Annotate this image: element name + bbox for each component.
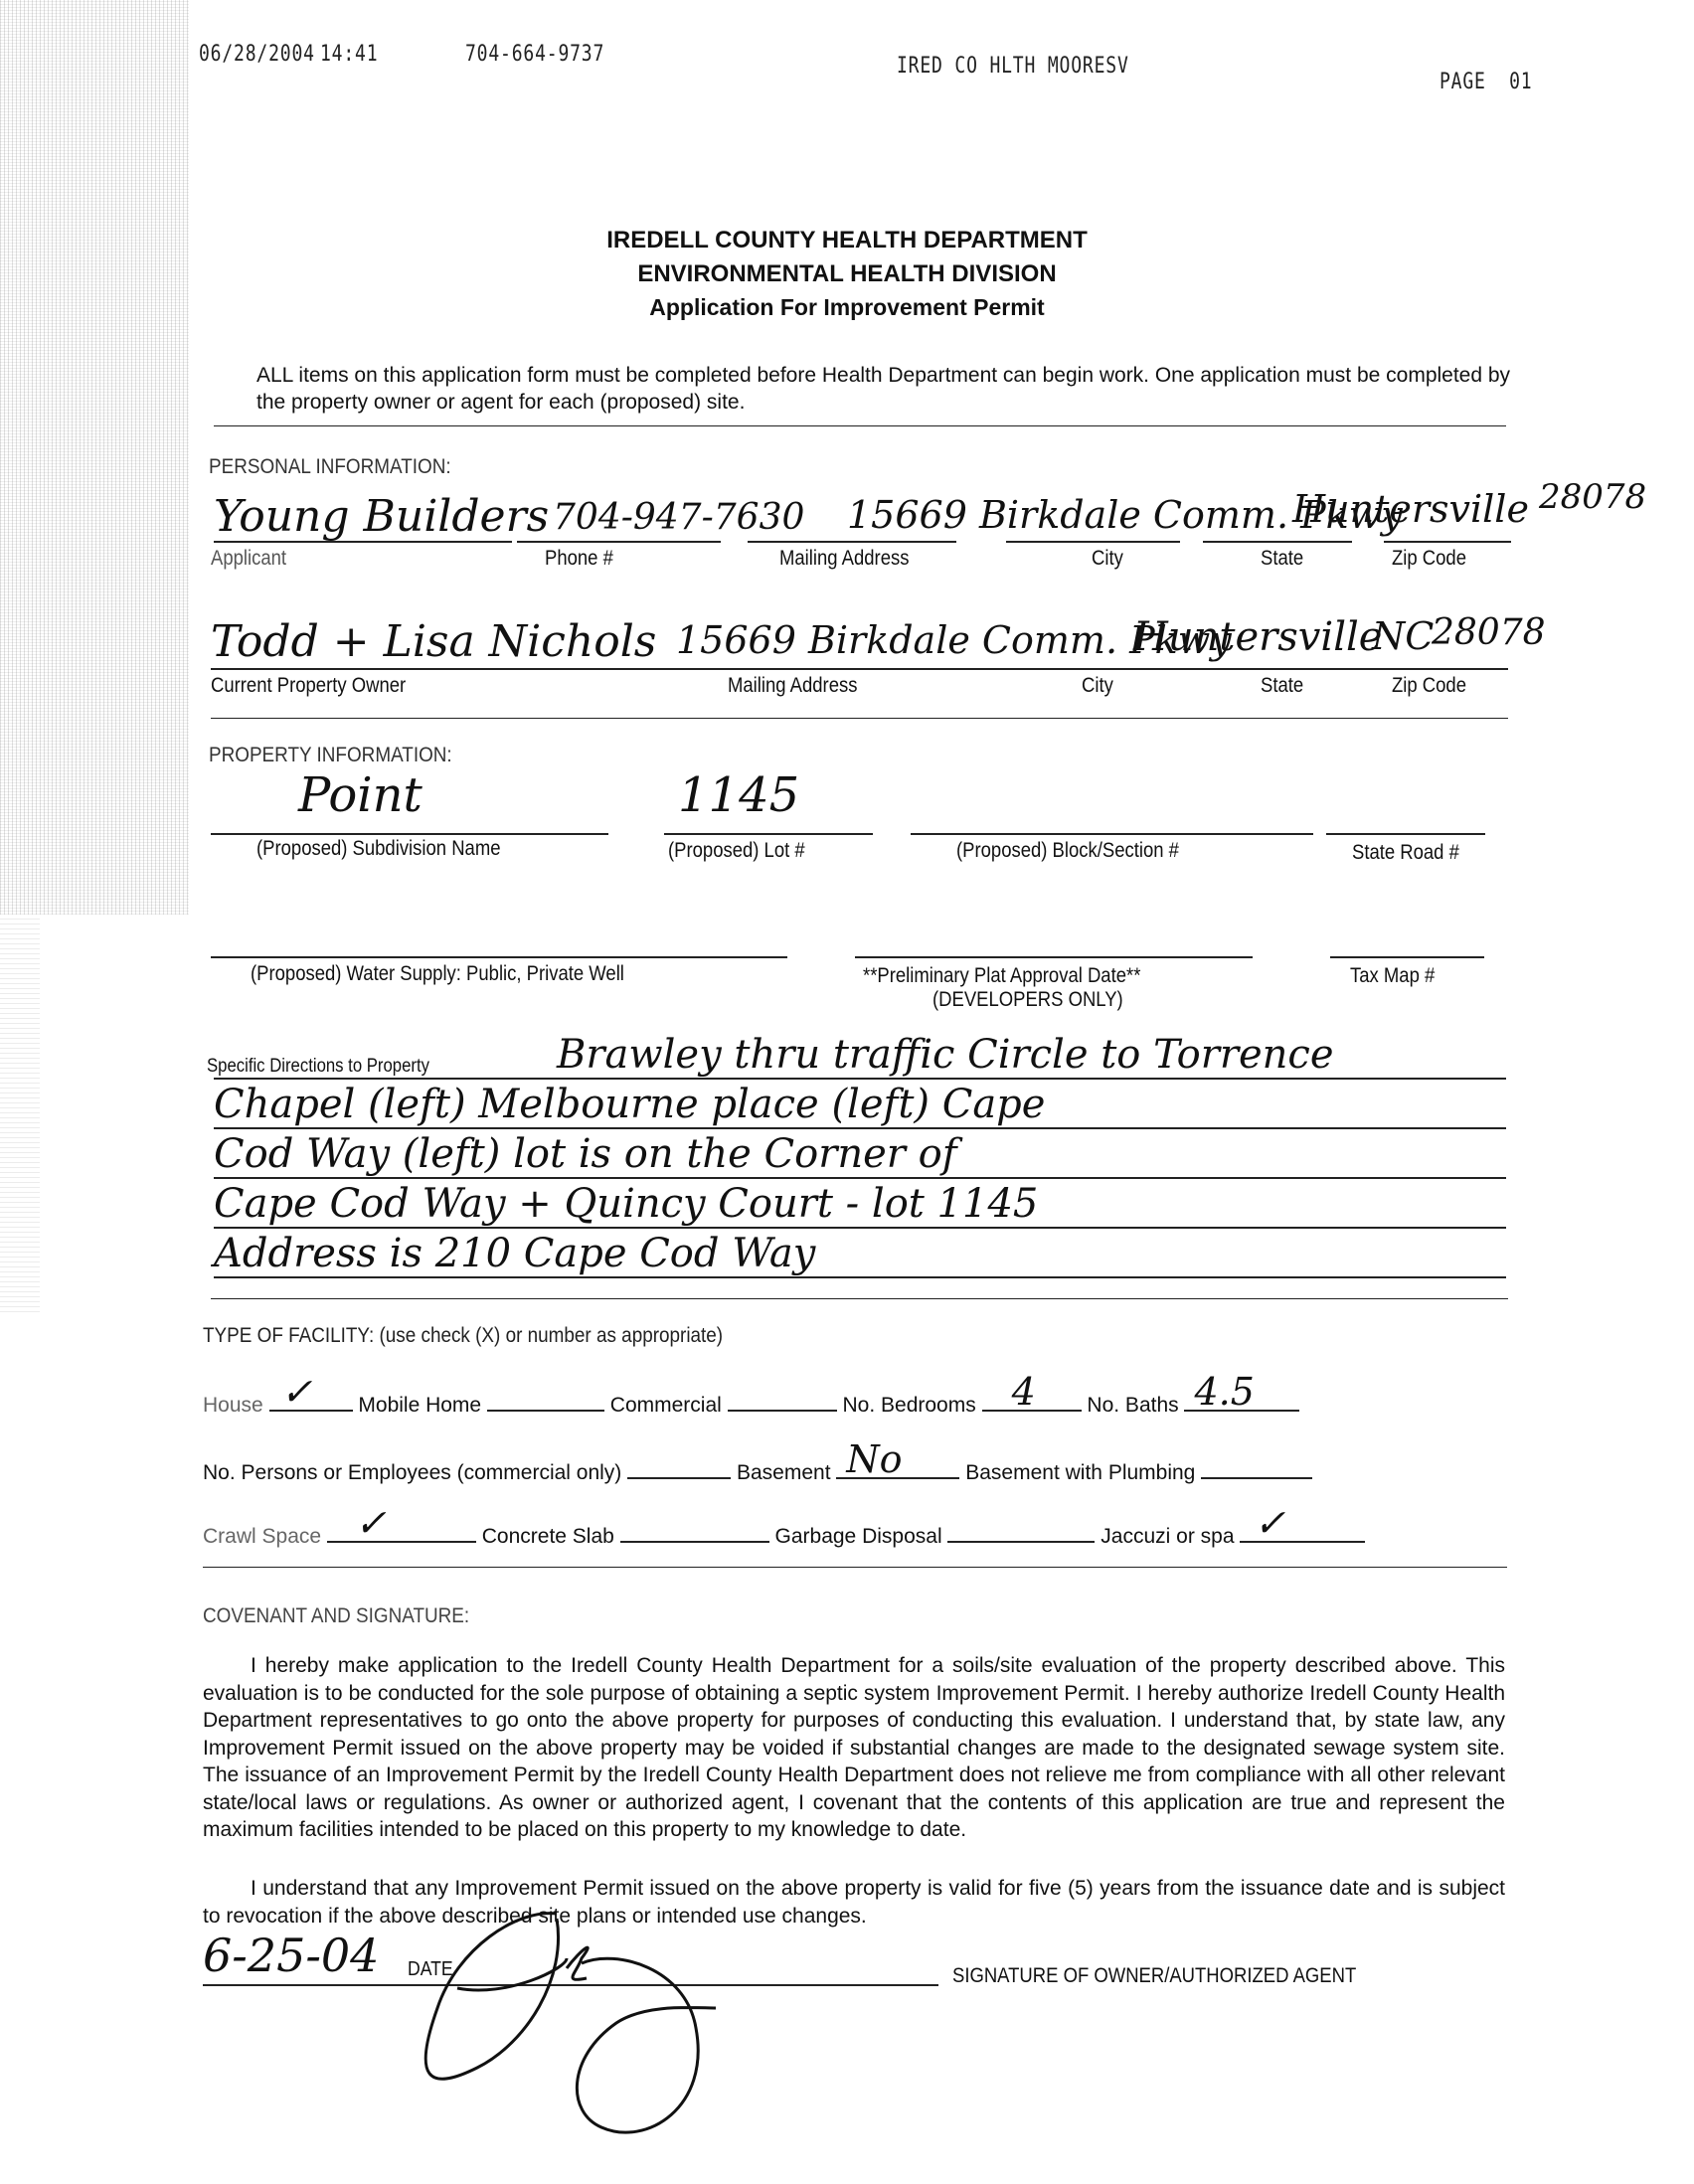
house-field[interactable]: ✓ bbox=[269, 1388, 353, 1412]
subdivision-label: (Proposed) Subdivision Name bbox=[256, 837, 500, 861]
fax-date: 06/28/2004 bbox=[199, 42, 315, 67]
water-line bbox=[211, 956, 787, 958]
facility-row-1: House ✓ Mobile Home Commercial No. Bedro… bbox=[203, 1388, 1299, 1418]
basement-label: Basement bbox=[737, 1461, 831, 1484]
personal-info-heading: PERSONAL INFORMATION: bbox=[209, 455, 451, 479]
house-check: ✓ bbox=[281, 1370, 313, 1414]
facility-heading: TYPE OF FACILITY: (use check (X) or numb… bbox=[203, 1324, 723, 1348]
zip-label: Zip Code bbox=[1392, 547, 1466, 571]
persons-field[interactable] bbox=[627, 1455, 731, 1479]
basement-plumbing-field[interactable] bbox=[1201, 1455, 1312, 1479]
subdivision-line bbox=[211, 833, 608, 835]
department-title: IREDELL COUNTY HEALTH DEPARTMENT bbox=[0, 227, 1694, 254]
garbage-disposal-field[interactable] bbox=[947, 1519, 1095, 1543]
covenant-heading: COVENANT AND SIGNATURE: bbox=[203, 1604, 469, 1628]
divider bbox=[211, 1298, 1508, 1299]
house-label: House bbox=[203, 1394, 263, 1417]
facility-row-2: No. Persons or Employees (commercial onl… bbox=[203, 1455, 1312, 1485]
applicant-label: Applicant bbox=[211, 547, 286, 571]
applicant-name-value: Young Builders bbox=[214, 491, 549, 542]
owner-city-label: City bbox=[1082, 674, 1113, 698]
scan-noise bbox=[0, 915, 40, 1312]
state-line bbox=[1203, 541, 1352, 543]
lot-label: (Proposed) Lot # bbox=[668, 839, 805, 863]
developers-only-label: (DEVELOPERS ONLY) bbox=[932, 988, 1123, 1012]
fax-time: 14:41 bbox=[320, 42, 378, 67]
basement-value: No bbox=[846, 1437, 902, 1481]
fax-page: PAGE 01 bbox=[1440, 70, 1532, 94]
covenant-paragraph: I hereby make application to the Iredell… bbox=[203, 1652, 1505, 1844]
mobile-home-label: Mobile Home bbox=[358, 1394, 481, 1417]
bedrooms-label: No. Bedrooms bbox=[843, 1394, 976, 1417]
baths-label: No. Baths bbox=[1087, 1394, 1178, 1417]
applicant-city-value: Huntersville bbox=[1292, 487, 1529, 531]
commercial-label: Commercial bbox=[610, 1394, 722, 1417]
intro-instructions: ALL items on this application form must … bbox=[256, 362, 1511, 416]
bedrooms-value: 4 bbox=[1012, 1370, 1036, 1414]
block-label: (Proposed) Block/Section # bbox=[956, 839, 1179, 863]
subdivision-value: Point bbox=[298, 767, 423, 823]
date-value: 6-25-04 bbox=[203, 1929, 379, 1982]
applicant-zip-value: 28078 bbox=[1539, 477, 1646, 517]
plat-approval-label: **Preliminary Plat Approval Date** bbox=[863, 964, 1140, 988]
signature-label: SIGNATURE OF OWNER/AUTHORIZED AGENT bbox=[952, 1964, 1356, 1988]
concrete-slab-field[interactable] bbox=[620, 1519, 769, 1543]
jacuzzi-label: Jaccuzi or spa bbox=[1101, 1525, 1234, 1548]
owner-name-value: Todd + Lisa Nichols bbox=[211, 616, 656, 667]
concrete-slab-label: Concrete Slab bbox=[482, 1525, 614, 1548]
directions-line: Cape Cod Way + Quincy Court - lot 1145 bbox=[214, 1179, 1506, 1229]
division-title: ENVIRONMENTAL HEALTH DIVISION bbox=[0, 260, 1694, 288]
directions-line: Cod Way (left) lot is on the Corner of bbox=[214, 1129, 1506, 1179]
lot-value: 1145 bbox=[678, 767, 799, 823]
owner-zip-value: 28078 bbox=[1432, 612, 1546, 653]
state-label: State bbox=[1261, 547, 1303, 571]
owner-city-value: Huntersville bbox=[1133, 614, 1382, 660]
facility-row-3: Crawl Space ✓ Concrete Slab Garbage Disp… bbox=[203, 1519, 1365, 1549]
fax-sender: IRED CO HLTH MOORESV bbox=[897, 54, 1129, 79]
mobile-home-field[interactable] bbox=[487, 1388, 604, 1412]
owner-label: Current Property Owner bbox=[211, 674, 406, 698]
tax-map-line bbox=[1330, 956, 1484, 958]
lot-line bbox=[664, 833, 873, 835]
owner-line bbox=[211, 668, 1508, 670]
bedrooms-field[interactable]: 4 bbox=[982, 1388, 1082, 1412]
crawl-check: ✓ bbox=[355, 1501, 387, 1545]
phone-label: Phone # bbox=[545, 547, 613, 571]
garbage-disposal-label: Garbage Disposal bbox=[775, 1525, 942, 1548]
scan-noise bbox=[0, 0, 189, 915]
divider bbox=[214, 425, 1506, 426]
crawl-space-label: Crawl Space bbox=[203, 1525, 321, 1548]
address-line bbox=[748, 541, 956, 543]
basement-plumbing-label: Basement with Plumbing bbox=[965, 1461, 1195, 1484]
applicant-phone-value: 704-947-7630 bbox=[553, 497, 804, 538]
tax-map-label: Tax Map # bbox=[1350, 964, 1435, 988]
divider bbox=[211, 718, 1508, 719]
persons-label: No. Persons or Employees (commercial onl… bbox=[203, 1461, 621, 1484]
baths-field[interactable]: 4.5 bbox=[1184, 1388, 1299, 1412]
jacuzzi-check: ✓ bbox=[1254, 1501, 1285, 1545]
commercial-field[interactable] bbox=[728, 1388, 837, 1412]
state-road-label: State Road # bbox=[1352, 841, 1459, 865]
divider bbox=[203, 1567, 1507, 1568]
signature-scribble bbox=[368, 1909, 746, 2147]
block-line bbox=[911, 833, 1313, 835]
owner-state-label: State bbox=[1261, 674, 1303, 698]
jacuzzi-field[interactable]: ✓ bbox=[1240, 1519, 1365, 1543]
applicant-line bbox=[214, 541, 512, 543]
state-road-line bbox=[1326, 833, 1485, 835]
owner-zip-label: Zip Code bbox=[1392, 674, 1466, 698]
directions-line: Chapel (left) Melbourne place (left) Cap… bbox=[214, 1080, 1506, 1129]
owner-mailing-label: Mailing Address bbox=[728, 674, 857, 698]
crawl-space-field[interactable]: ✓ bbox=[327, 1519, 476, 1543]
plat-line bbox=[855, 956, 1253, 958]
baths-value: 4.5 bbox=[1194, 1370, 1254, 1414]
mailing-address-label: Mailing Address bbox=[779, 547, 909, 571]
owner-state-value: NC bbox=[1372, 614, 1434, 658]
directions-line: Address is 210 Cape Cod Way bbox=[214, 1229, 1506, 1278]
property-info-heading: PROPERTY INFORMATION: bbox=[209, 744, 452, 767]
phone-line bbox=[517, 541, 721, 543]
directions-lines: Brawley thru traffic Circle to Torrence … bbox=[214, 1030, 1506, 1278]
zip-line bbox=[1384, 541, 1511, 543]
directions-line: Brawley thru traffic Circle to Torrence bbox=[214, 1030, 1506, 1080]
city-line bbox=[1006, 541, 1180, 543]
water-supply-label: (Proposed) Water Supply: Public, Private… bbox=[251, 962, 624, 986]
city-label: City bbox=[1092, 547, 1123, 571]
fax-phone: 704-664-9737 bbox=[465, 42, 604, 67]
basement-field[interactable]: No bbox=[836, 1455, 959, 1479]
form-title: Application For Improvement Permit bbox=[0, 294, 1694, 321]
